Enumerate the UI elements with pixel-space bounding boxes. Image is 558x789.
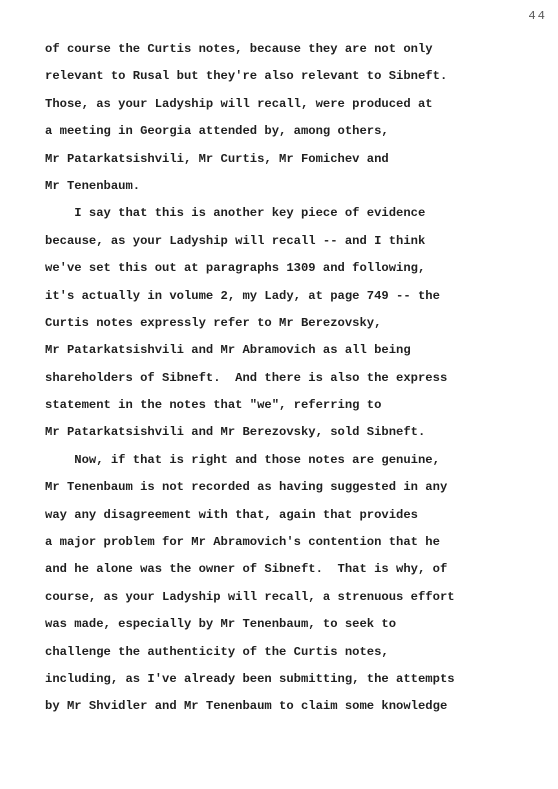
- transcript-line: because, as your Ladyship will recall --…: [45, 228, 548, 255]
- transcript-page: 44 of course the Curtis notes, because t…: [0, 0, 558, 789]
- transcript-line: shareholders of Sibneft. And there is al…: [45, 365, 548, 392]
- transcript-line: by Mr Shvidler and Mr Tenenbaum to claim…: [45, 693, 548, 720]
- transcript-line: Mr Patarkatsishvili, Mr Curtis, Mr Fomic…: [45, 146, 548, 173]
- transcript-line: Mr Patarkatsishvili and Mr Berezovsky, s…: [45, 419, 548, 446]
- transcript-line: I say that this is another key piece of …: [45, 200, 548, 227]
- page-number: 44: [528, 9, 547, 23]
- transcript-line: challenge the authenticity of the Curtis…: [45, 639, 548, 666]
- transcript-line: statement in the notes that "we", referr…: [45, 392, 548, 419]
- transcript-line: Curtis notes expressly refer to Mr Berez…: [45, 310, 548, 337]
- transcript-line: including, as I've already been submitti…: [45, 666, 548, 693]
- transcript-text-block: of course the Curtis notes, because they…: [45, 36, 548, 721]
- transcript-line: Mr Patarkatsishvili and Mr Abramovich as…: [45, 337, 548, 364]
- transcript-line: it's actually in volume 2, my Lady, at p…: [45, 283, 548, 310]
- transcript-line: a meeting in Georgia attended by, among …: [45, 118, 548, 145]
- transcript-line: of course the Curtis notes, because they…: [45, 36, 548, 63]
- transcript-line: Those, as your Ladyship will recall, wer…: [45, 91, 548, 118]
- transcript-line: and he alone was the owner of Sibneft. T…: [45, 556, 548, 583]
- transcript-line: was made, especially by Mr Tenenbaum, to…: [45, 611, 548, 638]
- transcript-line: a major problem for Mr Abramovich's cont…: [45, 529, 548, 556]
- transcript-line: course, as your Ladyship will recall, a …: [45, 584, 548, 611]
- transcript-line: Mr Tenenbaum is not recorded as having s…: [45, 474, 548, 501]
- transcript-line: we've set this out at paragraphs 1309 an…: [45, 255, 548, 282]
- transcript-line: way any disagreement with that, again th…: [45, 502, 548, 529]
- transcript-line: Now, if that is right and those notes ar…: [45, 447, 548, 474]
- transcript-line: Mr Tenenbaum.: [45, 173, 548, 200]
- transcript-line: relevant to Rusal but they're also relev…: [45, 63, 548, 90]
